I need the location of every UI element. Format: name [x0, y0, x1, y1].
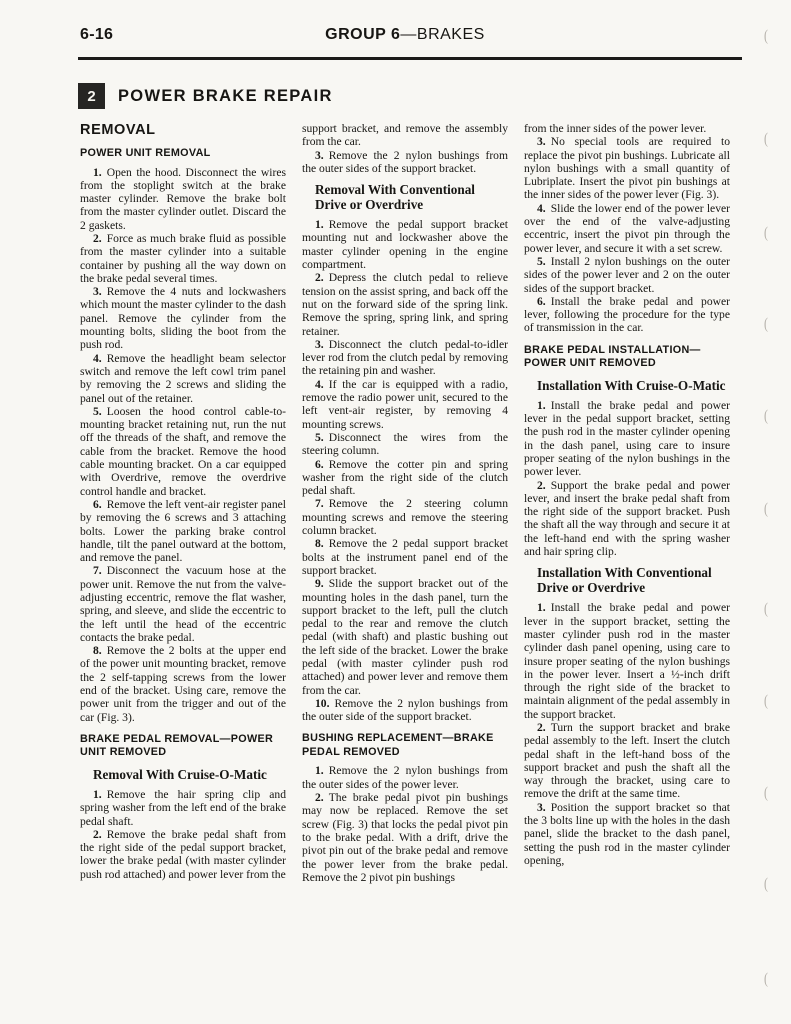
step-number: 1. — [315, 764, 324, 777]
step-paragraph: 5.Loosen the hood control cable-to-mount… — [80, 405, 286, 498]
step-number: 10. — [315, 697, 330, 710]
binding-mark-icon: ( — [764, 408, 778, 422]
step-paragraph: 6.Install the brake pedal and power leve… — [524, 295, 730, 335]
step-text: The brake pedal pivot pin bushings may n… — [302, 791, 508, 884]
step-paragraph: 1.Remove the 2 nylon bushings from the o… — [302, 764, 508, 791]
step-number: 6. — [93, 498, 102, 511]
step-number: 3. — [537, 801, 546, 814]
binding-mark-icon: ( — [764, 876, 778, 890]
procedure-heading: Installation With Cruise-O-Matic — [524, 378, 730, 393]
binding-mark-icon: ( — [764, 785, 778, 799]
step-paragraph: 3.No special tools are required to repla… — [524, 135, 730, 201]
step-number: 2. — [537, 721, 546, 734]
continued-paragraph: from the inner sides of the power lever. — [524, 122, 730, 135]
step-paragraph: 3.Disconnect the clutch pedal-to-idler l… — [302, 338, 508, 378]
step-number: 7. — [93, 564, 102, 577]
step-number: 6. — [315, 458, 324, 471]
step-text: Install the brake pedal and power lever … — [524, 601, 730, 720]
step-number: 8. — [315, 537, 324, 550]
step-text: Remove the 2 nylon bushings from the out… — [302, 697, 508, 723]
step-number: 1. — [93, 166, 102, 179]
procedure-heading: Installation With Conventional Drive or … — [524, 565, 730, 595]
procedure-heading: Removal With Conventional Drive or Overd… — [302, 182, 508, 212]
binding-mark-icon: ( — [764, 225, 778, 239]
binding-mark-icon: ( — [764, 971, 778, 985]
step-paragraph: 1.Open the hood. Disconnect the wires fr… — [80, 166, 286, 232]
binding-mark-icon: ( — [764, 316, 778, 330]
step-text: Support the brake pedal and power lever,… — [524, 479, 730, 558]
step-text: Install the brake pedal and power lever … — [524, 399, 730, 478]
binding-mark-icon: ( — [764, 131, 778, 145]
step-text: Remove the brake pedal shaft from the ri… — [80, 828, 286, 881]
sub-heading: BUSHING REPLACEMENT—BRAKE PEDAL REMOVED — [302, 732, 508, 759]
step-text: Remove the 2 bolts at the upper end of t… — [80, 644, 286, 723]
text-columns: REMOVALPOWER UNIT REMOVAL1.Open the hood… — [80, 122, 730, 884]
step-paragraph: 4.Slide the lower end of the power lever… — [524, 202, 730, 255]
step-paragraph: 1.Install the brake pedal and power leve… — [524, 601, 730, 721]
step-text: Remove the headlight beam selector switc… — [80, 352, 286, 405]
step-paragraph: 1.Remove the hair spring clip and spring… — [80, 788, 286, 828]
step-paragraph: 3.Remove the 4 nuts and lockwashers whic… — [80, 285, 286, 351]
step-paragraph: 9.Slide the support bracket out of the m… — [302, 577, 508, 697]
step-paragraph: 7.Remove the 2 steering column mounting … — [302, 497, 508, 537]
manual-page: 6-16 GROUP 6—BRAKES 2 POWER BRAKE REPAIR… — [0, 0, 791, 1024]
binding-mark-icon: ( — [764, 28, 778, 42]
step-paragraph: 6.Remove the cotter pin and spring washe… — [302, 458, 508, 498]
step-number: 1. — [93, 788, 102, 801]
group-title-rest: —BRAKES — [400, 26, 484, 43]
step-paragraph: 2.Support the brake pedal and power leve… — [524, 479, 730, 559]
step-number: 2. — [93, 232, 102, 245]
step-paragraph: 2.Force as much brake fluid as possible … — [80, 232, 286, 285]
step-paragraph: 8.Remove the 2 pedal support bracket bol… — [302, 537, 508, 577]
step-text: Remove the 2 pedal support bracket bolts… — [302, 537, 508, 577]
section-title: POWER BRAKE REPAIR — [118, 87, 333, 106]
step-number: 4. — [537, 202, 546, 215]
step-text: Remove the 2 nylon bushings from the out… — [302, 149, 508, 175]
step-text: Remove the 2 steering column mounting sc… — [302, 497, 508, 537]
step-number: 3. — [537, 135, 546, 148]
step-text: If the car is equipped with a radio, rem… — [302, 378, 508, 431]
step-number: 2. — [537, 479, 546, 492]
step-paragraph: 2.Depress the clutch pedal to relieve te… — [302, 271, 508, 337]
group-title: GROUP 6—BRAKES — [80, 26, 730, 44]
sub-heading: BRAKE PEDAL INSTALLATION—POWER UNIT REMO… — [524, 344, 730, 371]
step-number: 5. — [93, 405, 102, 418]
step-paragraph: 5.Disconnect the wires from the steering… — [302, 431, 508, 458]
step-text: Remove the pedal support bracket mountin… — [302, 218, 508, 271]
step-number: 4. — [93, 352, 102, 365]
step-paragraph: 7.Disconnect the vacuum hose at the powe… — [80, 564, 286, 644]
sub-heading: BRAKE PEDAL REMOVAL—POWER UNIT REMOVED — [80, 733, 286, 760]
step-number: 1. — [537, 601, 546, 614]
step-paragraph: 3.Position the support bracket so that t… — [524, 801, 730, 867]
section-number-badge: 2 — [78, 83, 105, 109]
step-number: 1. — [315, 218, 324, 231]
step-text: Loosen the hood control cable-to-mountin… — [80, 405, 286, 498]
step-number: 2. — [93, 828, 102, 841]
step-text: Turn the support bracket and brake pedal… — [524, 721, 730, 800]
step-text: Remove the cotter pin and spring washer … — [302, 458, 508, 498]
step-number: 9. — [315, 577, 324, 590]
step-text: Install 2 nylon bushings on the outer si… — [524, 255, 730, 295]
step-paragraph: 10.Remove the 2 nylon bushings from the … — [302, 697, 508, 724]
step-paragraph: 4.Remove the headlight beam selector swi… — [80, 352, 286, 405]
step-text: Remove the hair spring clip and spring w… — [80, 788, 286, 828]
column-3: from the inner sides of the power lever.… — [524, 122, 730, 884]
step-text: No special tools are required to replace… — [524, 135, 730, 201]
step-paragraph: 2.Remove the brake pedal shaft from the … — [80, 828, 286, 881]
column-2: support bracket, and remove the assembly… — [302, 122, 508, 884]
step-number: 3. — [93, 285, 102, 298]
sub-heading: POWER UNIT REMOVAL — [80, 147, 286, 161]
step-text: Slide the lower end of the power lever o… — [524, 202, 730, 255]
step-paragraph: 4.If the car is equipped with a radio, r… — [302, 378, 508, 431]
step-number: 2. — [315, 791, 324, 804]
step-text: Depress the clutch pedal to relieve tens… — [302, 271, 508, 337]
step-number: 6. — [537, 295, 546, 308]
step-text: Open the hood. Disconnect the wires from… — [80, 166, 286, 232]
step-paragraph: 8.Remove the 2 bolts at the upper end of… — [80, 644, 286, 724]
step-paragraph: 3.Remove the 2 nylon bushings from the o… — [302, 149, 508, 176]
step-paragraph: 2.Turn the support bracket and brake ped… — [524, 721, 730, 801]
step-text: Disconnect the vacuum hose at the power … — [80, 564, 286, 643]
step-number: 8. — [93, 644, 102, 657]
step-text: Remove the 4 nuts and lockwashers which … — [80, 285, 286, 351]
step-text: Force as much brake fluid as possible fr… — [80, 232, 286, 285]
step-text: Slide the support bracket out of the mou… — [302, 577, 508, 696]
continued-paragraph: support bracket, and remove the assembly… — [302, 122, 508, 149]
step-paragraph: 2.The brake pedal pivot pin bushings may… — [302, 791, 508, 884]
step-number: 4. — [315, 378, 324, 391]
step-text: Disconnect the clutch pedal-to-idler lev… — [302, 338, 508, 378]
column-1: REMOVALPOWER UNIT REMOVAL1.Open the hood… — [80, 122, 286, 884]
step-paragraph: 1.Install the brake pedal and power leve… — [524, 399, 730, 479]
binding-mark-icon: ( — [764, 693, 778, 707]
step-number: 2. — [315, 271, 324, 284]
step-number: 5. — [537, 255, 546, 268]
step-number: 3. — [315, 338, 324, 351]
section-heading: REMOVAL — [80, 122, 286, 138]
header-rule — [78, 57, 742, 60]
binding-mark-icon: ( — [764, 501, 778, 515]
step-text: Position the support bracket so that the… — [524, 801, 730, 867]
section-title-row: 2 POWER BRAKE REPAIR — [78, 83, 333, 109]
step-text: Remove the 2 nylon bushings from the out… — [302, 764, 508, 790]
step-number: 3. — [315, 149, 324, 162]
step-paragraph: 5.Install 2 nylon bushings on the outer … — [524, 255, 730, 295]
step-text: Install the brake pedal and power lever,… — [524, 295, 730, 335]
step-paragraph: 6.Remove the left vent-air register pane… — [80, 498, 286, 564]
group-title-bold: GROUP 6 — [325, 26, 400, 43]
step-paragraph: 1.Remove the pedal support bracket mount… — [302, 218, 508, 271]
step-number: 5. — [315, 431, 324, 444]
step-number: 1. — [537, 399, 546, 412]
step-text: Remove the left vent-air register panel … — [80, 498, 286, 564]
step-text: Disconnect the wires from the steering c… — [302, 431, 508, 457]
binding-mark-icon: ( — [764, 601, 778, 615]
procedure-heading: Removal With Cruise-O-Matic — [80, 767, 286, 782]
step-number: 7. — [315, 497, 324, 510]
page-header: 6-16 GROUP 6—BRAKES — [80, 26, 730, 48]
